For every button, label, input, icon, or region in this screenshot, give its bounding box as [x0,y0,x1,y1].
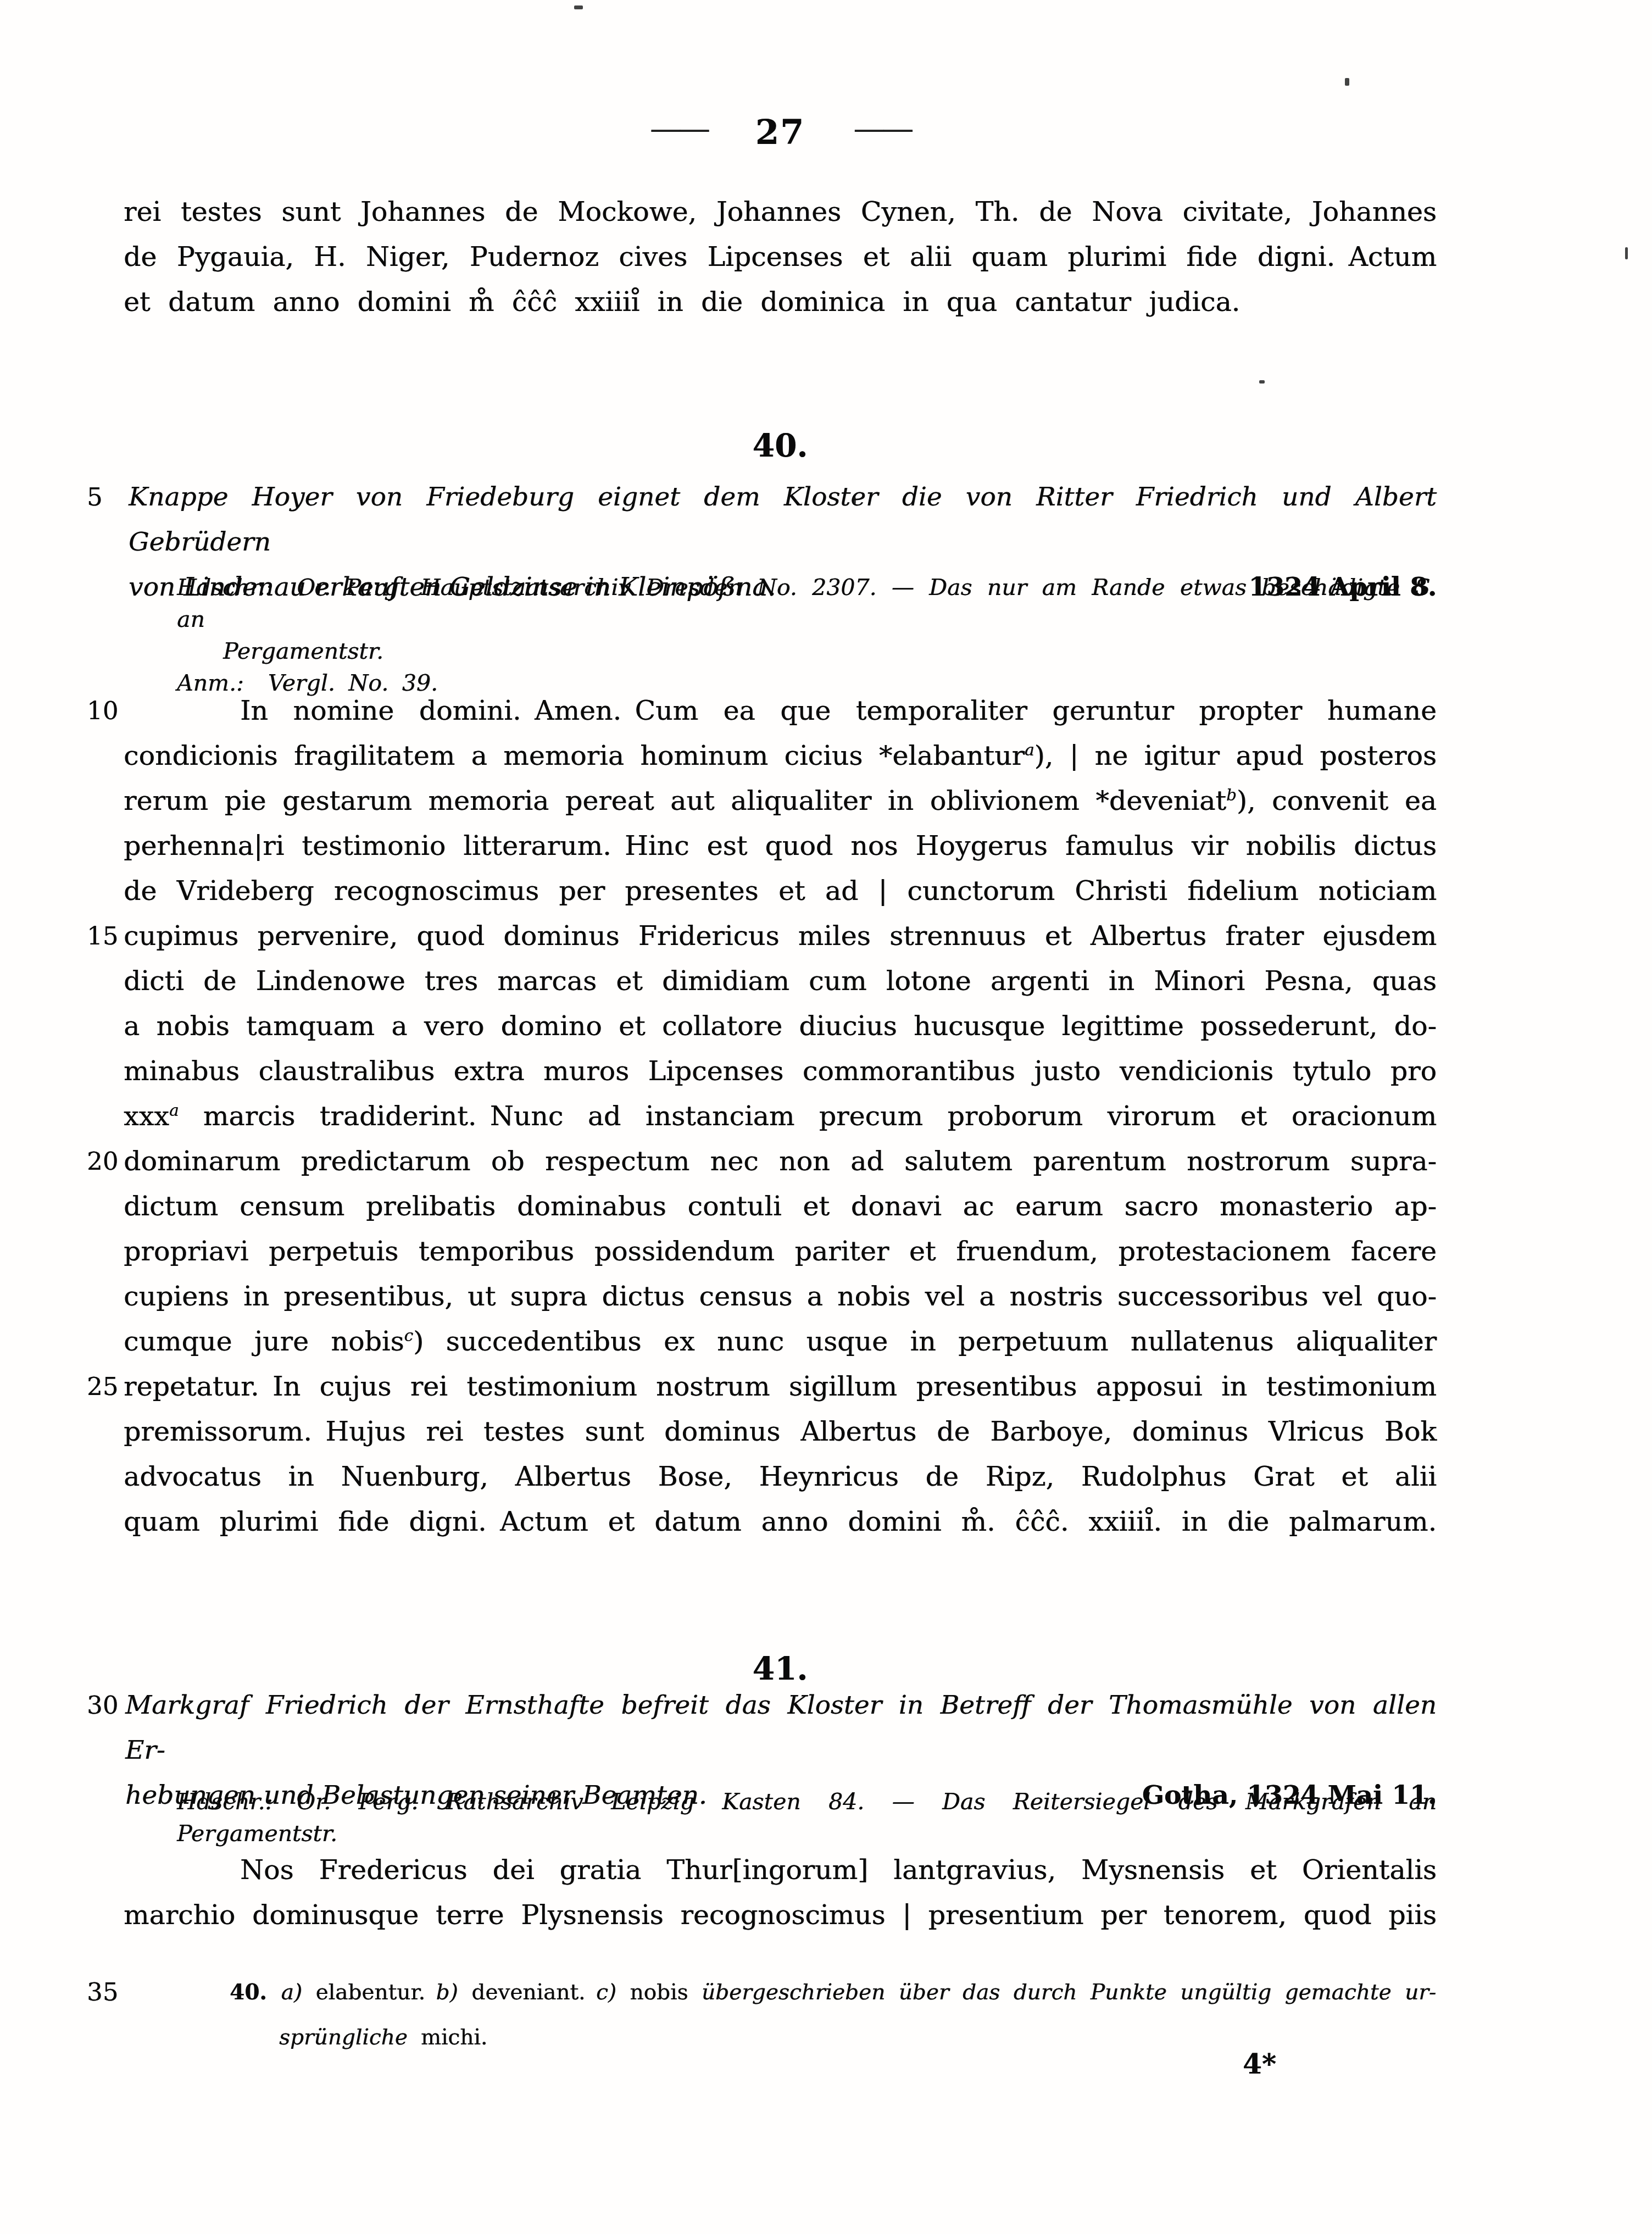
footnote-line: 40. a) elabentur. b) deveniant. c) nobis… [230,1970,1436,2015]
charter40-body: In nomine domini. Amen. Cum ea que tempo… [124,688,1437,1544]
charter40-body-line: cupiens in presentibus, ut supra dictus … [124,1274,1437,1319]
hdschr-label: Hdschr.: [177,1788,272,1815]
charter40-body-line: propriavi perpetuis temporibus possidend… [124,1229,1437,1274]
header-dash-right: —— [853,110,910,147]
hdschr-text: Or. Perg. Hauptstaatsarchiv Dresden No. … [177,574,1437,632]
page-number: 27 [755,112,805,152]
scan-speck [1259,380,1265,384]
charter41-body-line: Nos Fredericus dei gratia Thur[ingorum] … [124,1848,1437,1893]
sheet-signature-mark: 4* [1243,2048,1276,2080]
charter40-body-line: cupimus pervenire, quod dominus Frideric… [124,914,1437,959]
intro-line: rei testes sunt Johannes de Mockowe, Joh… [124,190,1437,235]
intro-line: et datum anno domini m̊ ĉĉĉ xxiiii̊ in d… [124,280,1437,325]
charter41-source-notes: Hdschr.:Or. Perg. Rathsarchiv Leipzig Ka… [177,1786,1437,1849]
intro-paragraph: rei testes sunt Johannes de Mockowe, Joh… [124,190,1437,325]
charter41-summary-line: Markgraf Friedrich der Ernsthafte befrei… [125,1683,1437,1773]
charter40-body-line: dictum censum prelibatis dominabus contu… [124,1184,1437,1229]
charter40-body-line: minabus claustralibus extra muros Lipcen… [124,1049,1437,1094]
charter40-body-line: In nomine domini. Amen. Cum ea que tempo… [124,688,1437,733]
hdschr-note-line: Hdschr.:Or. Perg. Hauptstaatsarchiv Dres… [177,571,1437,635]
charter40-body-line: condicionis fragilitatem a memoria homin… [124,733,1437,779]
critical-footnote: 40. a) elabentur. b) deveniant. c) nobis… [230,1970,1436,2060]
charter41-body: Nos Fredericus dei gratia Thur[ingorum] … [124,1848,1437,1938]
charter40-body-line: advocatus in Nuenburg, Albertus Bose, He… [124,1454,1437,1499]
charter40-body-line: premissorum. Hujus rei testes sunt domin… [124,1409,1437,1454]
intro-line: de Pygauia, H. Niger, Pudernoz cives Lip… [124,235,1437,280]
scan-speck [853,497,856,504]
charter40-body-line: dominarum predictarum ob respectum nec n… [124,1139,1437,1184]
page-header: —— 27 —— [124,104,1437,159]
hdschr-text: Or. Perg. Rathsarchiv Leipzig Kasten 84.… [177,1788,1437,1847]
charter40-body-line: quam plurimi fide digni. Actum et datum … [124,1499,1437,1544]
hdschr-label: Hdschr.: [177,574,272,601]
charter41-body-line: marchio dominusque terre Plysnensis reco… [124,1893,1437,1938]
charter40-body-line: cumque jure nobisc) succedentibus ex nun… [124,1319,1437,1364]
charter40-body-line: rerum pie gestarum memoria pereat aut al… [124,779,1437,824]
header-dash-left: —— [650,110,707,147]
hdschr-note-line: Hdschr.:Or. Perg. Rathsarchiv Leipzig Ka… [177,1786,1437,1849]
scan-speck [574,5,583,9]
charter40-heading: 40. [124,423,1437,468]
charter40-body-line: perhenna|ri testimonio litterarum. Hinc … [124,824,1437,869]
charter40-source-notes: Hdschr.:Or. Perg. Hauptstaatsarchiv Dres… [177,571,1437,699]
scanned-book-page: —— 27 —— rei testes sunt Johannes de Moc… [0,0,1652,2234]
margin-line-number-35: 35 [87,1970,136,2015]
charter40-body-line: xxxa marcis tradiderint. Nunc ad instanc… [124,1094,1437,1139]
hdschr-note-continuation: Pergamentstr. [223,635,1437,667]
charter40-body-line: de Vrideberg recognoscimus per presentes… [124,869,1437,914]
charter40-summary-line: Knappe Hoyer von Friedeburg eignet dem K… [129,475,1437,565]
scan-speck [1625,247,1628,259]
scan-speck [1345,78,1349,86]
charter40-body-line: a nobis tamquam a vero domino et collato… [124,1004,1437,1049]
charter40-body-line: dicti de Lindenowe tres marcas et dimidi… [124,959,1437,1004]
charter40-body-line: repetatur. In cujus rei testimonium nost… [124,1364,1437,1409]
